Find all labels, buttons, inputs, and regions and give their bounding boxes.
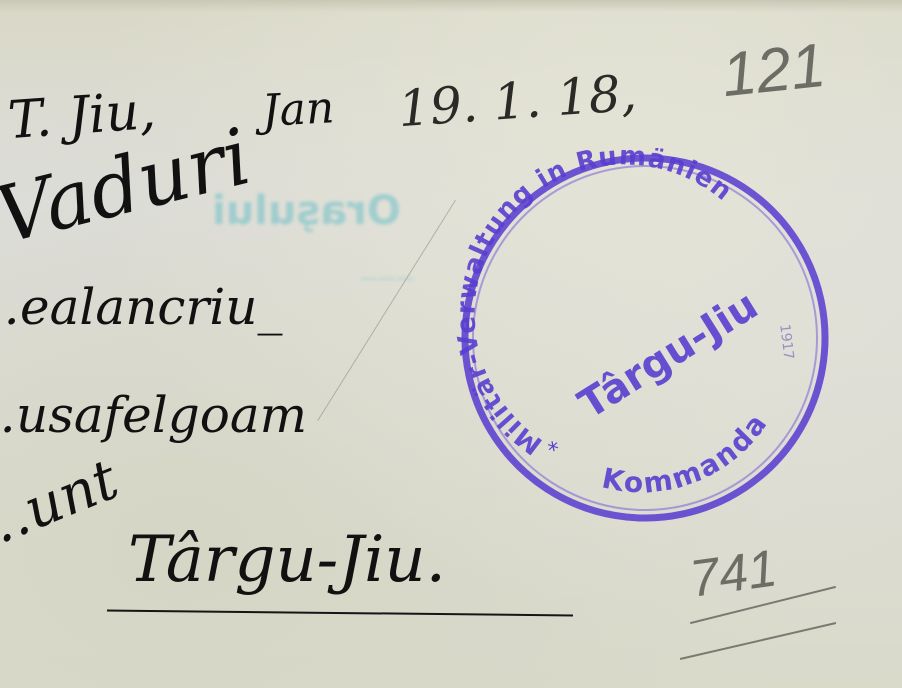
header-word: Jan — [261, 86, 335, 134]
pencil-number-bottom: 741 — [687, 542, 780, 606]
stamp-center-text: Târgu-Jiu — [571, 282, 766, 428]
address-destination: Târgu-Jiu. — [128, 528, 446, 592]
address-line-4: …unt — [0, 452, 126, 560]
stamp-separator: * — [546, 438, 562, 465]
pencil-number-top: 121 — [719, 35, 828, 107]
header-date: 19. 1. 18, — [397, 68, 638, 135]
address-line-2: …ealancriu_ — [0, 282, 283, 332]
page-top-edge — [0, 0, 902, 12]
destination-underline — [107, 610, 573, 617]
stamp-year: 1917 — [776, 323, 796, 360]
stamp-seal: Militär-Verwaltung in Rumänien Kommandan… — [455, 148, 835, 528]
address-line-3: …usafelgoam — [0, 390, 307, 440]
pencil-underline-2 — [680, 622, 836, 660]
ghost-print-subtext: ——— — [360, 268, 414, 289]
